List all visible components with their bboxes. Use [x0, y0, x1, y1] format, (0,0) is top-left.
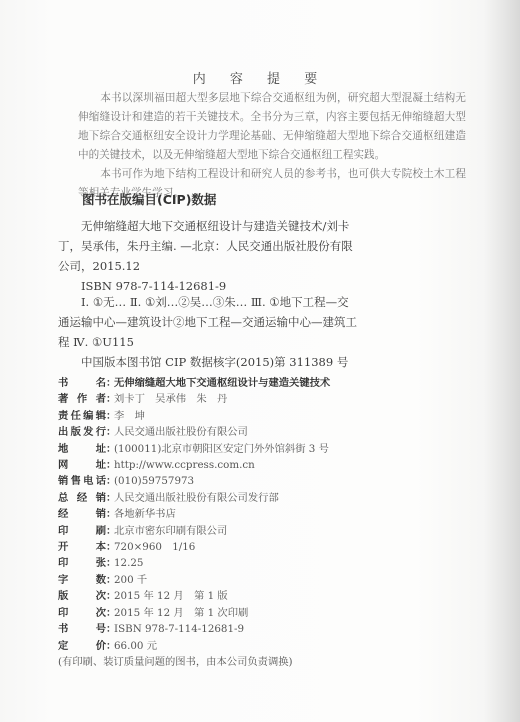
colophon-row: 地址：(100011)北京市朝阳区安定门外外馆斜街 3 号	[58, 441, 478, 457]
abstract-paragraph: 本书以深圳福田超大型多层地下综合交通枢纽为例，研究超大型混凝土结构无伸缩缝设计和…	[78, 89, 466, 165]
cip-entry: 无伸缩缝超大地下交通枢纽设计与建造关键技术/刘卡丁，吴承伟，朱丹主编. —北京：…	[58, 216, 358, 276]
colophon-row: 版次：2015 年 12 月 第 1 版	[58, 588, 478, 604]
colophon-row: 印张：12.25	[58, 555, 478, 571]
colophon-row: 开本：720×960 1/16	[58, 539, 478, 555]
colophon-key: 印张	[58, 555, 106, 571]
cip-record-number: 中国版本图书馆 CIP 数据核字(2015)第 311389 号	[58, 352, 358, 372]
colophon-row: 网址：http://www.ccpress.com.cn	[58, 457, 478, 473]
cip-heading: 图书在版编目(CIP)数据	[82, 190, 216, 208]
colon: ：	[106, 473, 114, 489]
cip-classification-text: Ⅰ. ①无… Ⅱ. ①刘…②吴…③朱… Ⅲ. ①地下工程—交通运输中心—建筑设计…	[58, 292, 358, 352]
colon: ：	[106, 555, 114, 571]
colon: ：	[106, 588, 114, 604]
colophon-row: 总经销：人民交通出版社股份有限公司发行部	[58, 490, 478, 506]
colophon-value: 各地新华书店	[114, 506, 176, 522]
copyright-page: 内 容 提 要 本书以深圳福田超大型多层地下综合交通枢纽为例，研究超大型混凝土结…	[0, 0, 520, 722]
colophon-key: 字数	[58, 572, 106, 588]
colophon-key: 责任编辑	[58, 408, 106, 424]
colophon-value: 人民交通出版社股份有限公司发行部	[114, 490, 279, 506]
colophon-row: 印次：2015 年 12 月 第 1 次印刷	[58, 605, 478, 621]
colophon-key: 总经销	[58, 490, 106, 506]
colophon-value: 12.25	[114, 555, 143, 571]
colophon-key: 网址	[58, 457, 106, 473]
colon: ：	[106, 523, 114, 539]
colophon-value: 无伸缩缝超大地下交通枢纽设计与建造关键技术	[114, 375, 330, 391]
colon: ：	[106, 391, 114, 407]
colophon-row: 印刷：北京市密东印刷有限公司	[58, 523, 478, 539]
colophon-key: 印刷	[58, 523, 106, 539]
colophon-value: 刘卡丁 吴承伟 朱 丹	[114, 391, 227, 407]
colon: ：	[106, 424, 114, 440]
colophon-key: 著作者	[58, 391, 106, 407]
colophon-row: 著作者：刘卡丁 吴承伟 朱 丹	[58, 391, 478, 407]
colophon-key: 开本	[58, 539, 106, 555]
colophon-value: (100011)北京市朝阳区安定门外外馆斜街 3 号	[114, 441, 329, 457]
colon: ：	[106, 441, 114, 457]
colophon-value: 人民交通出版社股份有限公司	[114, 424, 248, 440]
colon: ：	[106, 572, 114, 588]
colophon-value: 北京市密东印刷有限公司	[114, 523, 227, 539]
colophon-key: 定价	[58, 638, 106, 654]
quality-note: (有印刷、装订质量问题的图书，由本公司负责调换)	[58, 654, 478, 670]
colon: ：	[106, 490, 114, 506]
colophon-key: 地址	[58, 441, 106, 457]
colophon-key: 书号	[58, 621, 106, 637]
colon: ：	[106, 457, 114, 473]
colophon-row: 字数：200 千	[58, 572, 478, 588]
colophon-value: (010)59757973	[114, 473, 194, 489]
cip-record-number-text: 中国版本图书馆 CIP 数据核字(2015)第 311389 号	[58, 352, 358, 372]
colophon-value: 66.00 元	[114, 638, 157, 654]
colophon-key: 出版发行	[58, 424, 106, 440]
colophon-row: 经销：各地新华书店	[58, 506, 478, 522]
colon: ：	[106, 408, 114, 424]
colophon-row: 定价：66.00 元	[58, 638, 478, 654]
colophon-value: 200 千	[114, 572, 147, 588]
colophon-value: 720×960 1/16	[114, 539, 195, 555]
colophon-value: http://www.ccpress.com.cn	[114, 457, 255, 473]
colophon-key: 印次	[58, 605, 106, 621]
colophon-row: 出版发行：人民交通出版社股份有限公司	[58, 424, 478, 440]
colophon-key: 销售电话	[58, 473, 106, 489]
colophon-key: 版次	[58, 588, 106, 604]
colophon-key: 经销	[58, 506, 106, 522]
cip-classification: Ⅰ. ①无… Ⅱ. ①刘…②吴…③朱… Ⅲ. ①地下工程—交通运输中心—建筑设计…	[58, 292, 358, 352]
colophon-row: 责任编辑：李 坤	[58, 408, 478, 424]
colophon-value: 李 坤	[114, 408, 145, 424]
colon: ：	[106, 621, 114, 637]
colon: ：	[106, 638, 114, 654]
colon: ：	[106, 506, 114, 522]
abstract-title: 内 容 提 要	[0, 68, 520, 87]
cip-entry-text: 无伸缩缝超大地下交通枢纽设计与建造关键技术/刘卡丁，吴承伟，朱丹主编. —北京：…	[58, 216, 358, 276]
colophon-value: 2015 年 12 月 第 1 次印刷	[114, 605, 248, 621]
colophon-row: 销售电话：(010)59757973	[58, 473, 478, 489]
colophon-value: ISBN 978-7-114-12681-9	[114, 621, 244, 637]
colophon-row: 书名：无伸缩缝超大地下交通枢纽设计与建造关键技术	[58, 375, 478, 391]
colon: ：	[106, 605, 114, 621]
colophon-value: 2015 年 12 月 第 1 版	[114, 588, 228, 604]
colon: ：	[106, 539, 114, 555]
colon: ：	[106, 375, 114, 391]
colophon-row: 书号：ISBN 978-7-114-12681-9	[58, 621, 478, 637]
colophon-key: 书名	[58, 375, 106, 391]
abstract-body: 本书以深圳福田超大型多层地下综合交通枢纽为例，研究超大型混凝土结构无伸缩缝设计和…	[78, 89, 466, 203]
colophon: 书名：无伸缩缝超大地下交通枢纽设计与建造关键技术著作者：刘卡丁 吴承伟 朱 丹责…	[58, 375, 478, 670]
